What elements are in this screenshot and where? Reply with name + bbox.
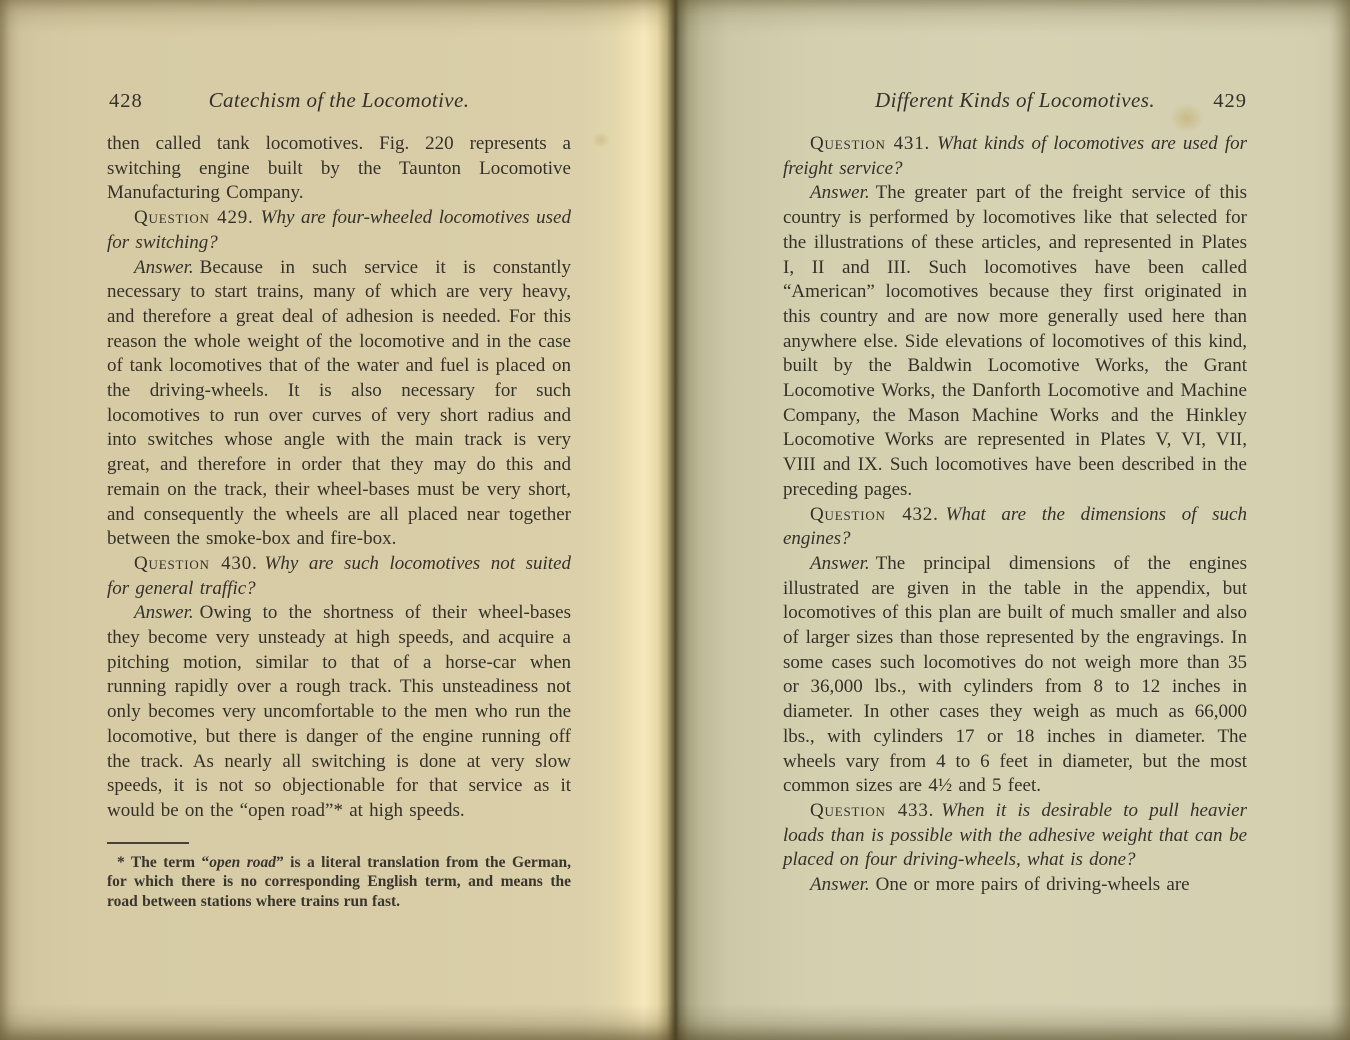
footnote-text-before: The term “	[125, 854, 210, 871]
question-432: Question 432.What are the dimensions of …	[783, 503, 1247, 552]
footnote-rule	[107, 842, 189, 844]
footnote-marker: *	[117, 854, 125, 871]
footnote: * The term “open road” is a literal tran…	[107, 853, 571, 912]
answer-label: Answer.	[134, 257, 194, 278]
answer-text: Because in such service it is constantly…	[107, 257, 571, 550]
footnote-italic-term: open road	[209, 854, 276, 871]
right-page-body: Question 431.What kinds of locomotives a…	[783, 132, 1247, 898]
answer-432: Answer.The principal dimensions of the e…	[783, 552, 1247, 799]
answer-text: One or more pairs of driving-wheels are	[876, 874, 1190, 895]
answer-430: Answer.Owing to the shortness of their w…	[107, 601, 571, 823]
right-page: Different Kinds of Locomotives. 429 Ques…	[783, 88, 1247, 898]
book-spread: 428 Catechism of the Locomotive. then ca…	[0, 0, 1350, 1040]
answer-label: Answer.	[134, 602, 194, 623]
question-430: Question 430.Why are such locomotives no…	[107, 552, 571, 601]
question-label: Question 432.	[810, 504, 939, 525]
right-running-title: Different Kinds of Locomotives.	[783, 88, 1247, 113]
question-label: Question 429.	[134, 207, 254, 228]
left-page: 428 Catechism of the Locomotive. then ca…	[107, 88, 571, 911]
answer-label: Answer.	[810, 553, 870, 574]
answer-text: The greater part of the freight service …	[783, 182, 1247, 499]
question-label: Question 430.	[134, 553, 258, 574]
right-page-header: Different Kinds of Locomotives. 429	[783, 88, 1247, 120]
question-label: Question 433.	[810, 800, 934, 821]
paper-stain	[592, 132, 610, 148]
left-running-title: Catechism of the Locomotive.	[107, 88, 571, 113]
paragraph-continuation: then called tank locomotives. Fig. 220 r…	[107, 132, 571, 206]
question-label: Question 431.	[810, 133, 930, 154]
right-page-number: 429	[1213, 90, 1247, 113]
answer-433: Answer.One or more pairs of driving-whee…	[783, 873, 1247, 898]
answer-label: Answer.	[810, 874, 870, 895]
answer-text: Owing to the shortness of their wheel-ba…	[107, 602, 571, 821]
answer-text: The principal dimensions of the engines …	[783, 553, 1247, 796]
answer-429: Answer.Because in such service it is con…	[107, 256, 571, 552]
left-page-number: 428	[109, 90, 143, 113]
answer-431: Answer.The greater part of the freight s…	[783, 181, 1247, 502]
question-429: Question 429.Why are four-wheeled locomo…	[107, 206, 571, 255]
left-page-header: 428 Catechism of the Locomotive.	[107, 88, 571, 120]
paragraph-text: then called tank locomotives. Fig. 220 r…	[107, 133, 571, 203]
question-431: Question 431.What kinds of locomotives a…	[783, 132, 1247, 181]
left-page-body: then called tank locomotives. Fig. 220 r…	[107, 132, 571, 824]
answer-label: Answer.	[810, 182, 870, 203]
question-433: Question 433.When it is desirable to pul…	[783, 799, 1247, 873]
